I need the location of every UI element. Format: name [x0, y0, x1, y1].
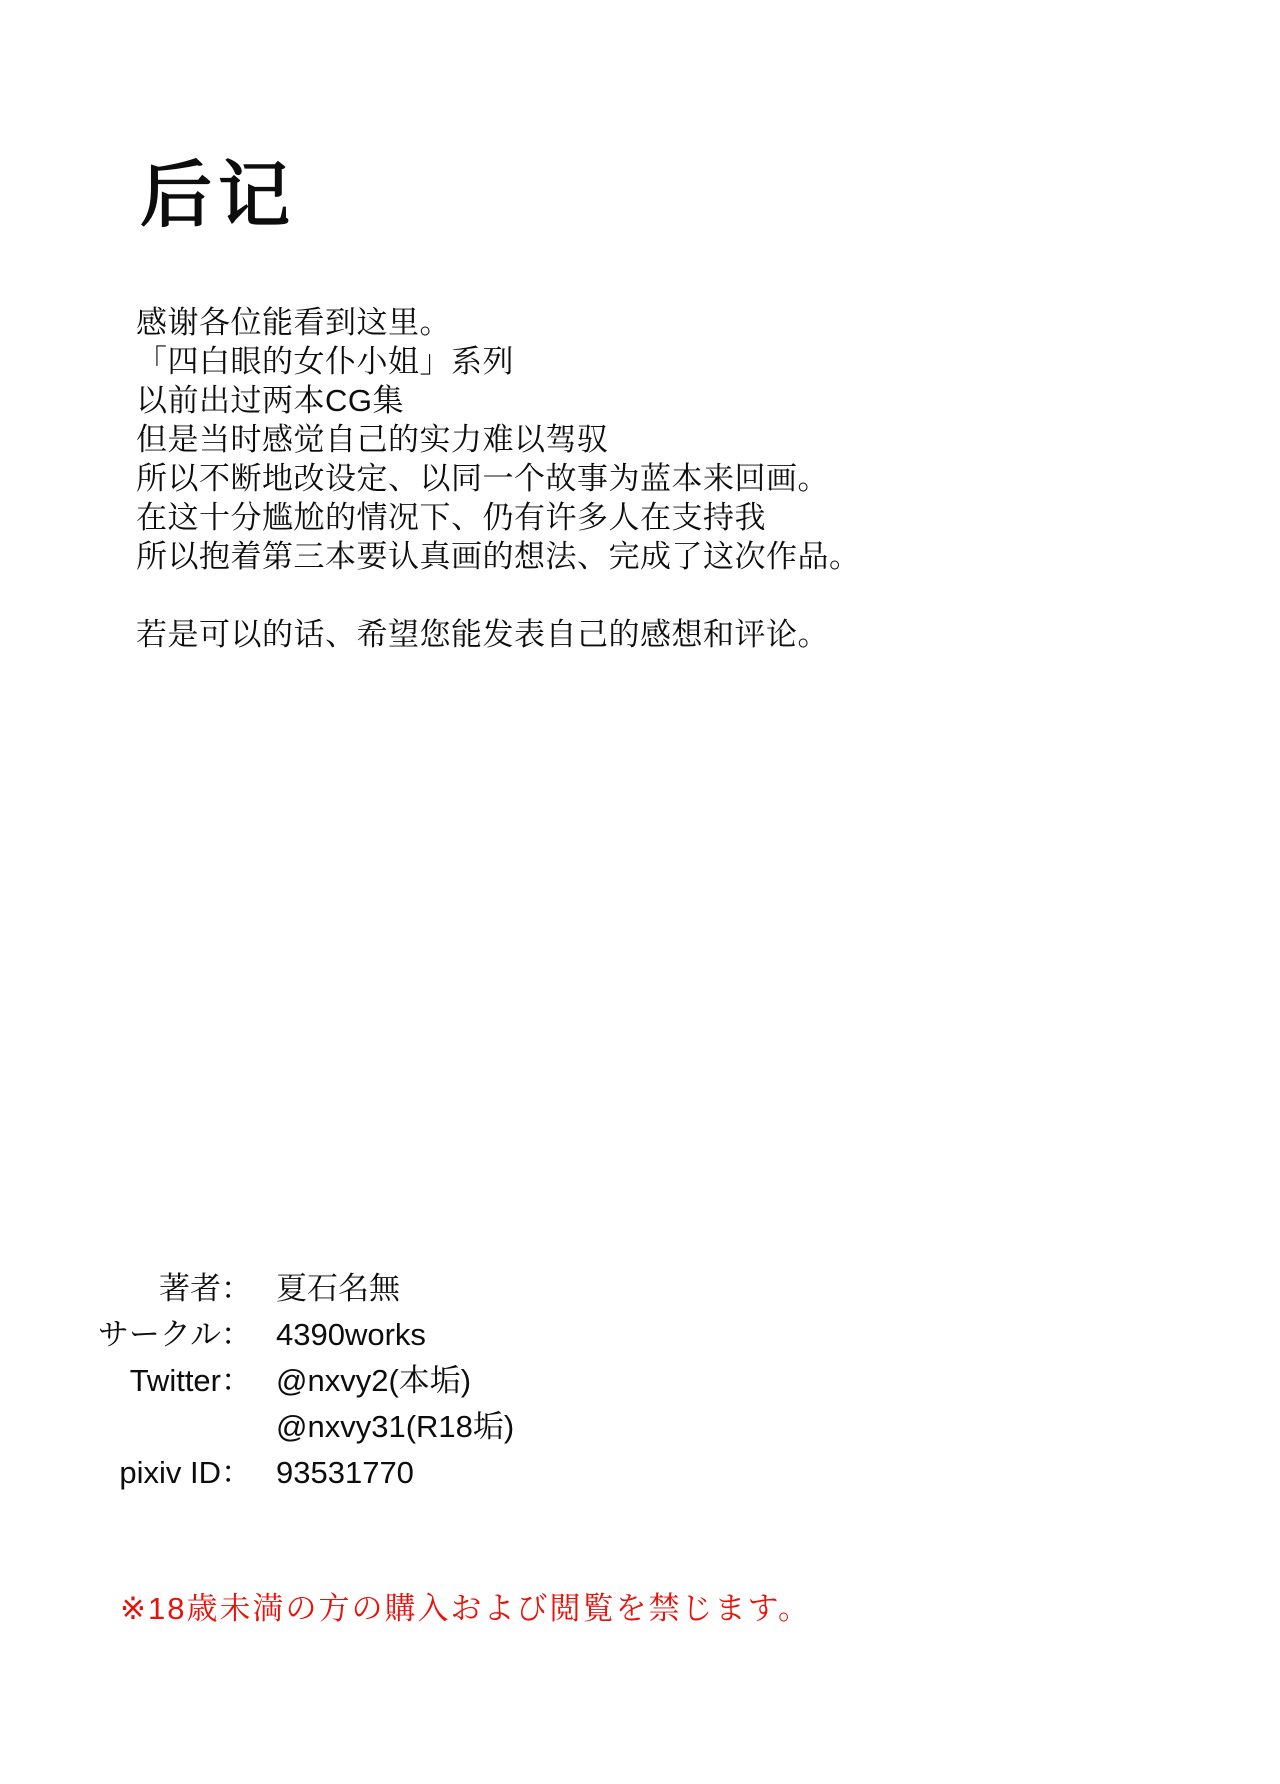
credit-value-twitter-r18-handle: @nxvy31(R18垢)	[276, 1404, 514, 1450]
body-line: 所以抱着第三本要认真画的想法、完成了这次作品。	[136, 537, 861, 576]
page-title: 后记	[140, 155, 296, 238]
body-line: 若是可以的话、希望您能发表自己的感想和评论。	[136, 615, 861, 654]
body-line: 但是当时感觉自己的实力难以驾驭	[136, 420, 861, 459]
credits-block: 著者： 夏石名無 サークル： 4390works Twitter： @nxvy2…	[0, 1266, 700, 1496]
body-line: 所以不断地改设定、以同一个故事为蓝本来回画。	[136, 459, 861, 498]
credit-value-twitter-handle: @nxvy2(本垢)	[276, 1358, 471, 1404]
credit-label	[0, 1404, 252, 1450]
afterword-text-block: 感谢各位能看到这里。 「四白眼的女仆小姐」系列 以前出过两本CG集 但是当时感觉…	[136, 303, 861, 654]
credit-row-twitter-r18: @nxvy31(R18垢)	[0, 1404, 700, 1450]
credit-value-pixiv-id: 93531770	[276, 1450, 414, 1496]
afterword-page: 后记 感谢各位能看到这里。 「四白眼的女仆小姐」系列 以前出过两本CG集 但是当…	[0, 0, 1280, 1784]
credit-row-twitter-main: Twitter： @nxvy2(本垢)	[0, 1358, 700, 1404]
body-line: 「四白眼的女仆小姐」系列	[136, 342, 861, 381]
body-line: 以前出过两本CG集	[136, 381, 861, 420]
credit-value-circle-name: 4390works	[276, 1312, 426, 1358]
credit-row-author: 著者： 夏石名無	[0, 1266, 700, 1312]
body-line: 在这十分尴尬的情况下、仍有许多人在支持我	[136, 498, 861, 537]
credit-value-author-name: 夏石名無	[276, 1266, 400, 1312]
age-restriction-warning: ※18歳未満の方の購入および閲覧を禁じます。	[120, 1590, 811, 1628]
credit-label: pixiv ID：	[0, 1450, 252, 1496]
credit-label: 著者：	[0, 1266, 252, 1312]
body-line-spacer	[136, 576, 861, 615]
credit-label: サークル：	[0, 1312, 252, 1358]
credit-row-pixiv: pixiv ID： 93531770	[0, 1450, 700, 1496]
body-line: 感谢各位能看到这里。	[136, 303, 861, 342]
credit-row-circle: サークル： 4390works	[0, 1312, 700, 1358]
credit-label: Twitter：	[0, 1358, 252, 1404]
